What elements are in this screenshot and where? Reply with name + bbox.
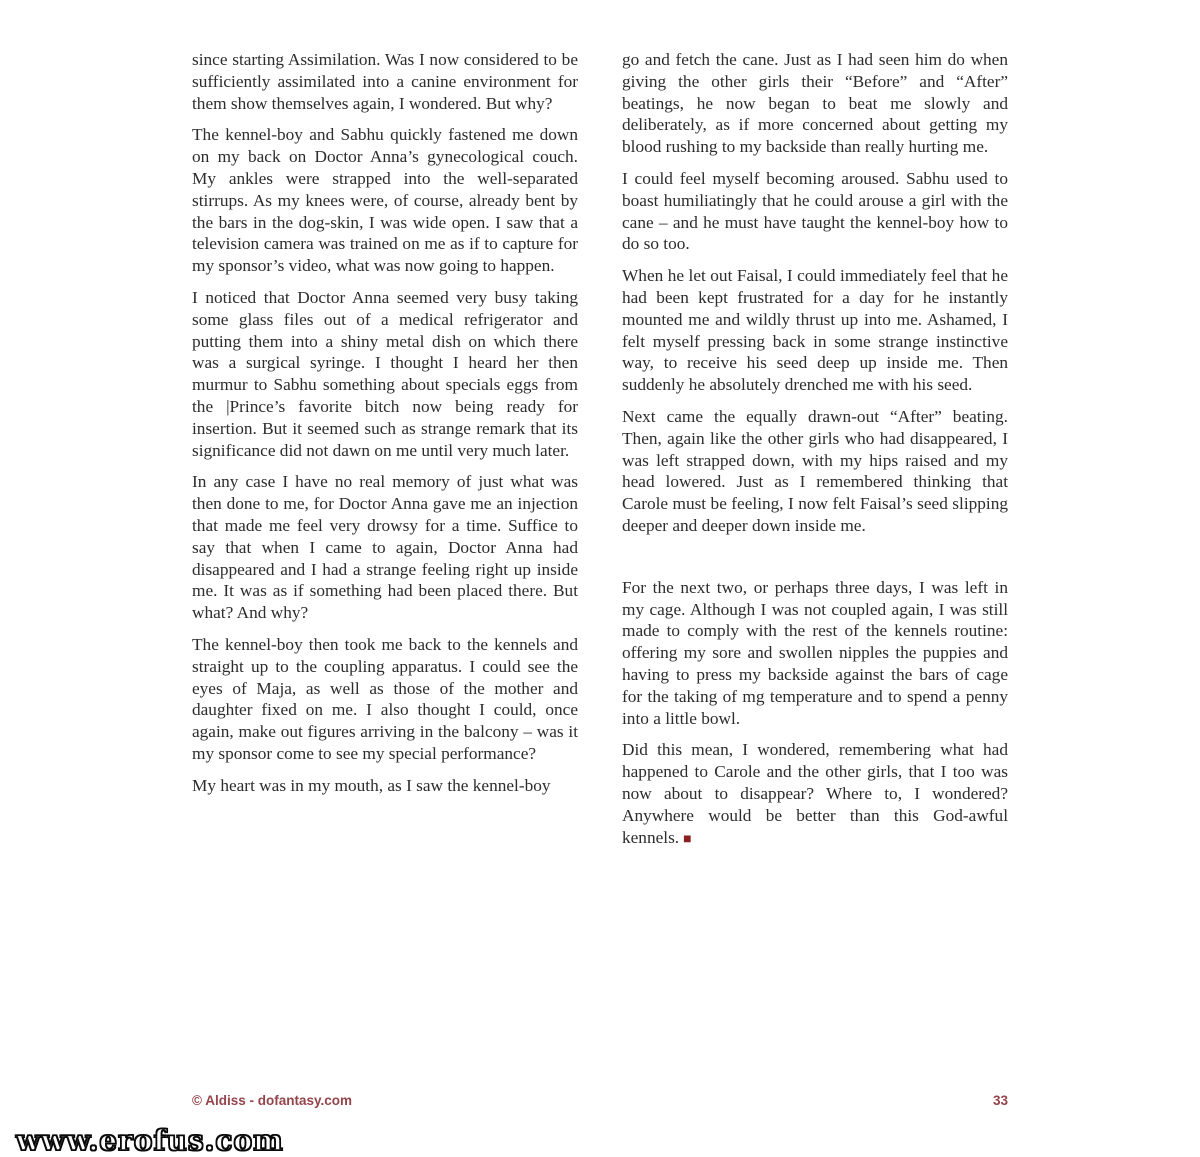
paragraph: since starting Assimilation. Was I now c… [192,49,578,114]
two-column-text-block: since starting Assimilation. Was I now c… [192,49,1008,858]
paragraph: I noticed that Doctor Anna seemed very b… [192,287,578,461]
page-number: 33 [993,1093,1008,1108]
right-column: go and fetch the cane. Just as I had see… [622,49,1008,858]
left-column: since starting Assimilation. Was I now c… [192,49,578,858]
section-break [622,547,1008,577]
paragraph-text: Did this mean, I wondered, remembering w… [622,740,1008,846]
paragraph: In any case I have no real memory of jus… [192,471,578,624]
watermark: www.erofus.com [16,1124,284,1157]
paragraph: The kennel-boy and Sabhu quickly fastene… [192,124,578,277]
copyright-credit: © Aldiss - dofantasy.com [192,1093,352,1108]
document-page: since starting Assimilation. Was I now c… [0,0,1200,1157]
paragraph: My heart was in my mouth, as I saw the k… [192,775,578,797]
page-footer: © Aldiss - dofantasy.com 33 [192,1093,1008,1108]
paragraph: The kennel-boy then took me back to the … [192,634,578,765]
paragraph: Did this mean, I wondered, remembering w… [622,739,1008,848]
paragraph: When he let out Faisal, I could immediat… [622,265,1008,396]
paragraph: go and fetch the cane. Just as I had see… [622,49,1008,158]
paragraph: I could feel myself becoming aroused. Sa… [622,168,1008,255]
paragraph: Next came the equally drawn-out “After” … [622,406,1008,537]
paragraph: For the next two, or perhaps three days,… [622,577,1008,730]
end-of-story-mark: ■ [679,832,691,847]
